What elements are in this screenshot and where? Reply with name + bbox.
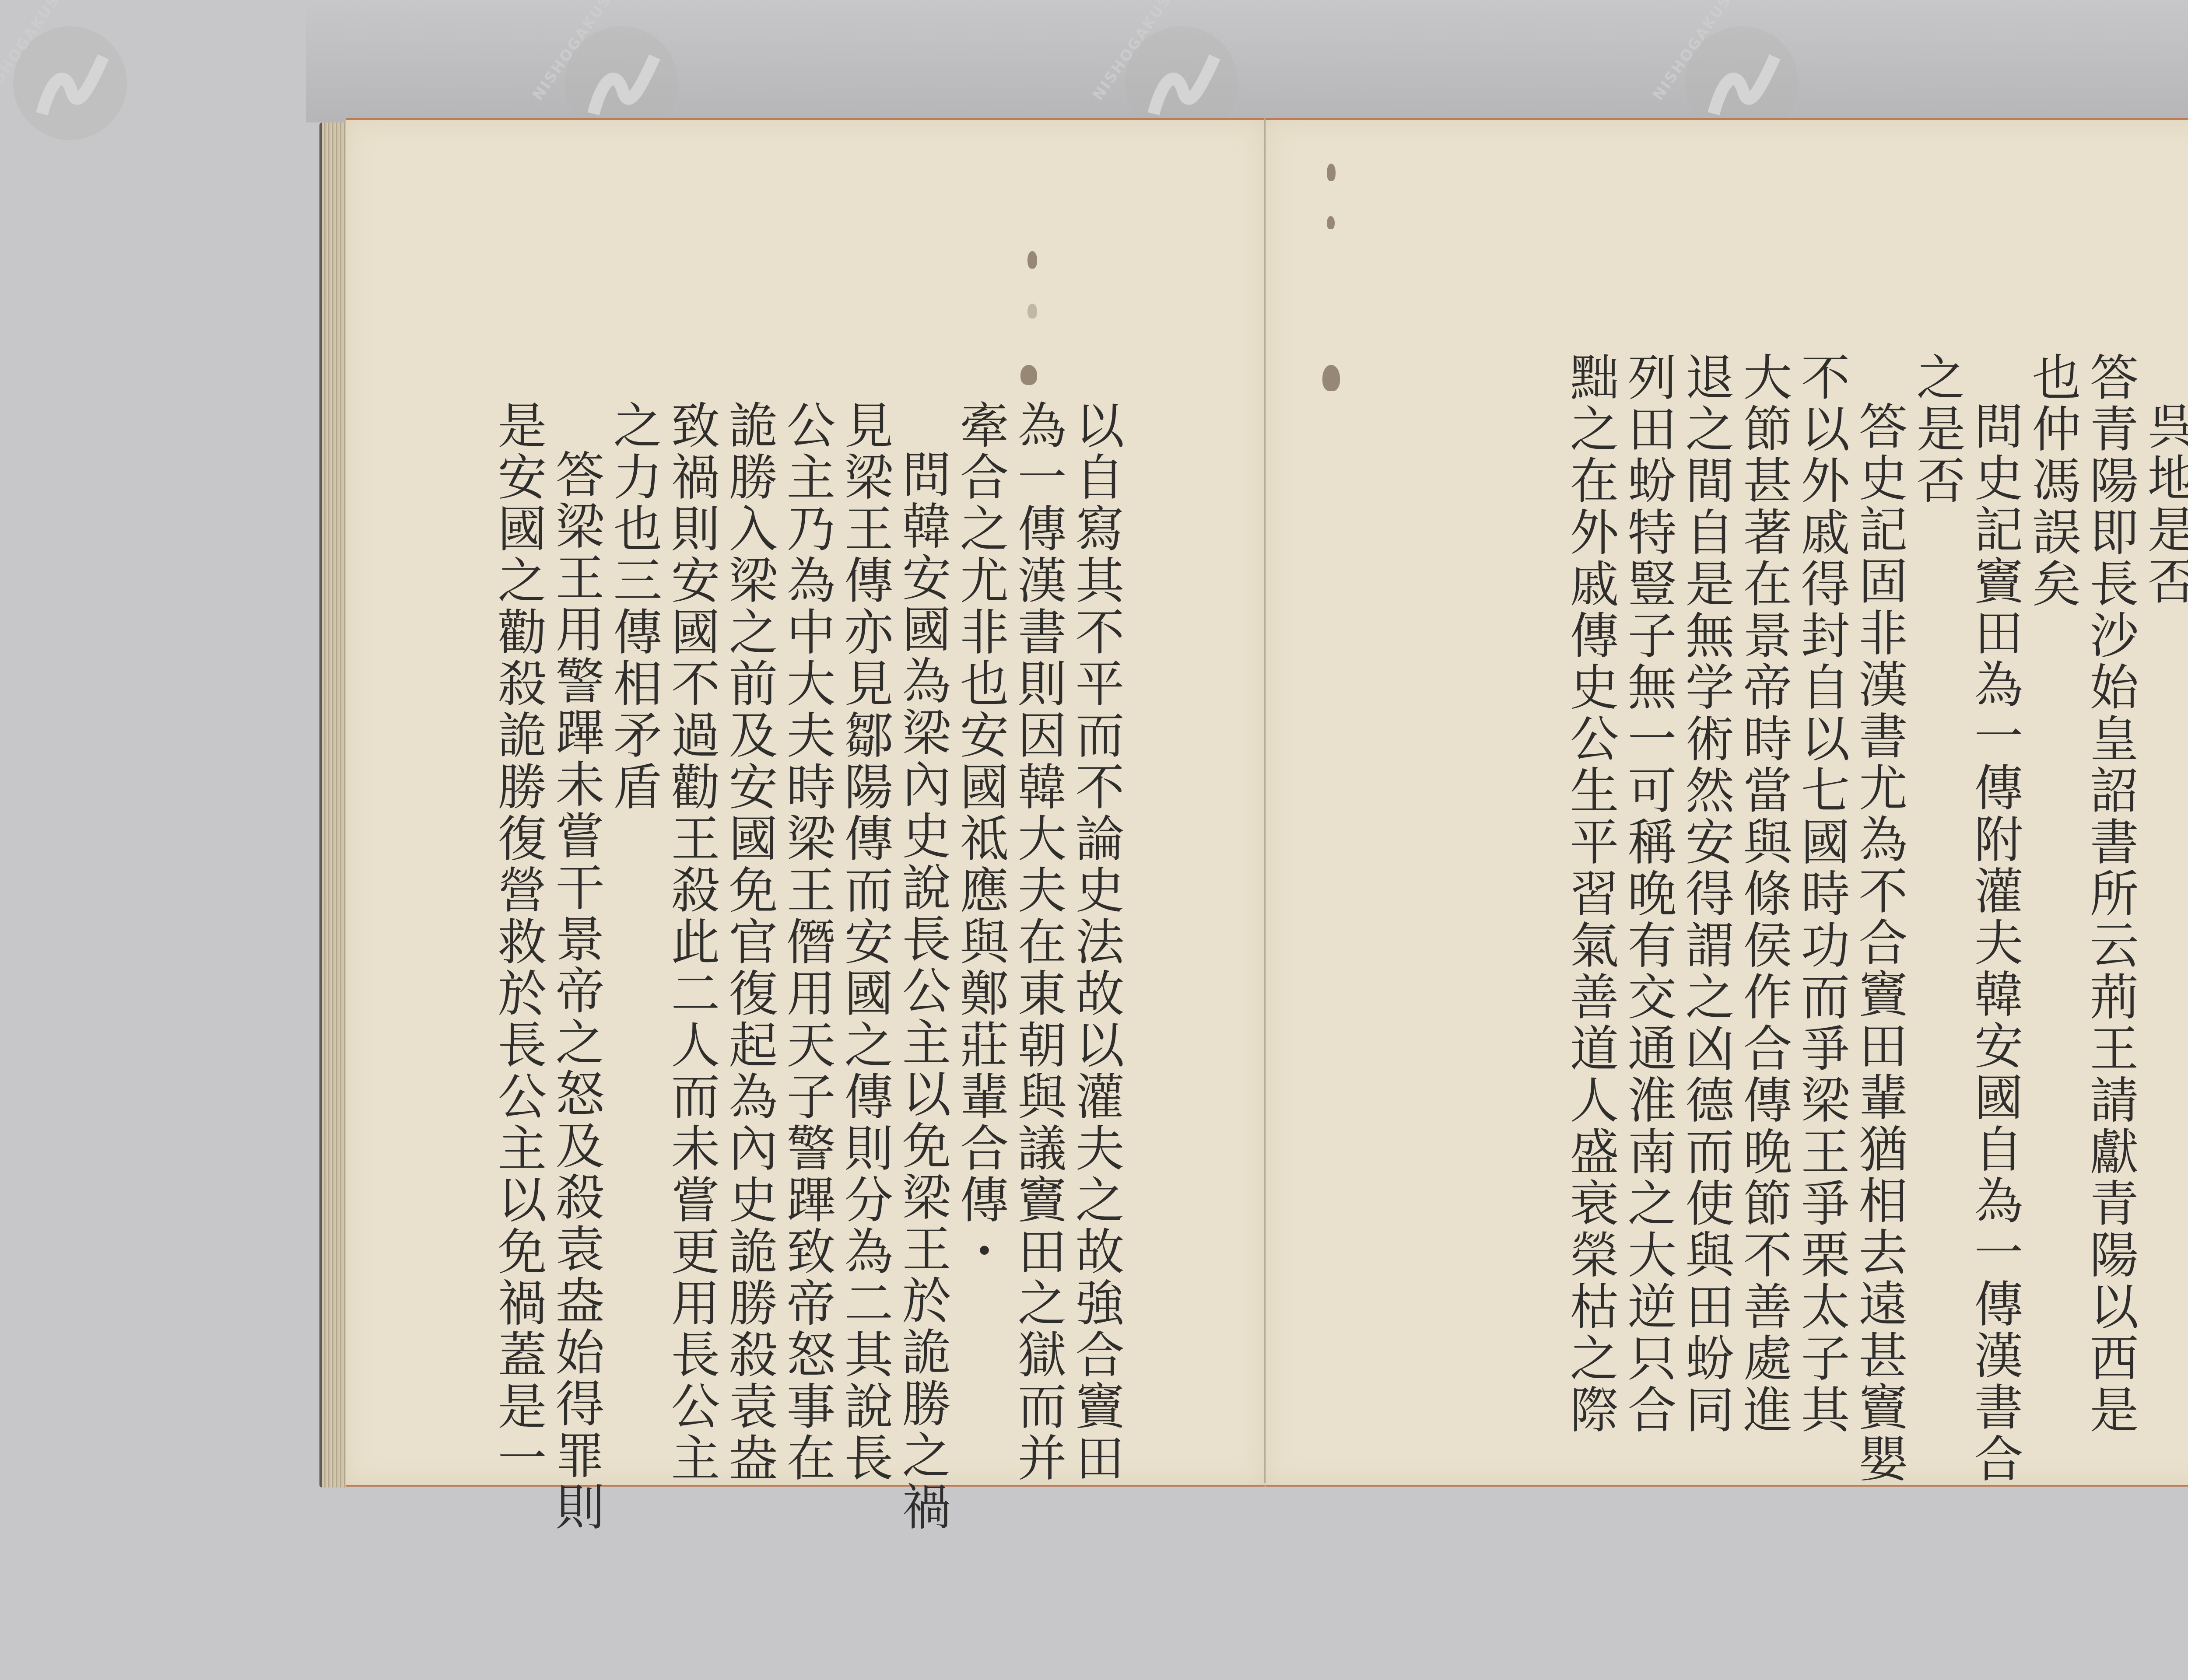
right-page: 呉地是否 答青陽即長沙始皇詔書所云荊王請獻青陽以西是 也仲馮誤矣 問史記竇田為一… bbox=[1266, 118, 2188, 1487]
text-column: 答史記固非漢書尤為不合竇田輩猶相去遠甚竇嬰 bbox=[1848, 352, 1904, 1485]
text-column: 大節甚著在景帝時當與條侯作合傳晚節不善處進 bbox=[1732, 352, 1788, 1436]
left-page-text: 以自寫其不平而不論史法故以灌夫之故強合竇田 為一傳漢書則因韓大夫在東朝與議竇田之… bbox=[485, 400, 1120, 1485]
text-column: 不以外戚得封自以七國時功而爭梁王爭栗太子其 bbox=[1790, 352, 1846, 1436]
text-column: 問韓安國為梁內史說長公主以免梁王於詭勝之禍 bbox=[891, 400, 947, 1533]
worm-hole bbox=[1327, 164, 1336, 181]
worm-hole bbox=[1327, 216, 1335, 229]
worm-hole bbox=[1322, 365, 1340, 391]
text-column: 答青陽即長沙始皇詔書所云荊王請獻青陽以西是 bbox=[2079, 352, 2135, 1436]
text-column: 為一傳漢書則因韓大夫在東朝與議竇田之獄而并 bbox=[1006, 400, 1062, 1484]
worm-hole bbox=[1027, 251, 1037, 269]
text-column: 退之間自是無学術然安得謂之凶德而使與田蚡同 bbox=[1674, 352, 1730, 1436]
text-column: 問史記竇田為一傳附灌夫韓安國自為一傳漢書合 bbox=[1963, 352, 2019, 1485]
watermark-n-icon bbox=[26, 39, 114, 127]
text-column: 呉地是否 bbox=[2136, 352, 2188, 607]
text-column: 牽合之尤非也安國祗應與鄭莊輩合傳・ bbox=[949, 400, 1005, 1277]
text-column: 見梁王傳亦見鄒陽傳而安國之傳則分為二其說長 bbox=[833, 400, 889, 1484]
text-column: 黜之在外戚傳史公生平習氣善道人盛衰榮枯之際 bbox=[1559, 352, 1615, 1436]
worm-hole bbox=[1020, 365, 1037, 385]
left-page-stack bbox=[319, 122, 348, 1487]
right-page-text: 呉地是否 答青陽即長沙始皇詔書所云荊王請獻青陽以西是 也仲馮誤矣 問史記竇田為一… bbox=[1557, 352, 2188, 1485]
text-column: 也仲馮誤矣 bbox=[2021, 352, 2077, 610]
text-column: 答梁王用警蹕未嘗干景帝之怒及殺袁盎始得罪則 bbox=[544, 400, 600, 1533]
worm-hole bbox=[1027, 304, 1037, 318]
text-column: 是安國之勸殺詭勝復營救於長公主以免禍蓋是一 bbox=[487, 400, 543, 1484]
text-column: 詭勝入梁之前及安國免官復起為內史詭勝殺袁盎 bbox=[718, 400, 774, 1484]
watermark-text: NISHOGAKUSHA bbox=[0, 0, 79, 104]
watermark-logo-icon: NISHOGAKUSHA bbox=[13, 26, 127, 140]
text-column: 致禍則安國不過勸王殺此二人而未嘗更用長公主 bbox=[660, 400, 716, 1484]
text-column: 之力也三傳相矛盾 bbox=[602, 400, 658, 813]
text-column: 公主乃為中大夫時梁王僭用天子警蹕致帝怒事在 bbox=[775, 400, 831, 1484]
text-column: 之是否 bbox=[1905, 352, 1961, 507]
text-column: 以自寫其不平而不論史法故以灌夫之故強合竇田 bbox=[1064, 400, 1120, 1484]
background-shadow bbox=[306, 0, 2188, 122]
open-book: 以自寫其不平而不論史法故以灌夫之故強合竇田 為一傳漢書則因韓大夫在東朝與議竇田之… bbox=[319, 118, 2188, 1492]
left-page: 以自寫其不平而不論史法故以灌夫之故強合竇田 為一傳漢書則因韓大夫在東朝與議竇田之… bbox=[346, 118, 1265, 1487]
text-column: 列田蚡特豎子無一可稱晚有交通淮南之大逆只合 bbox=[1616, 352, 1673, 1436]
